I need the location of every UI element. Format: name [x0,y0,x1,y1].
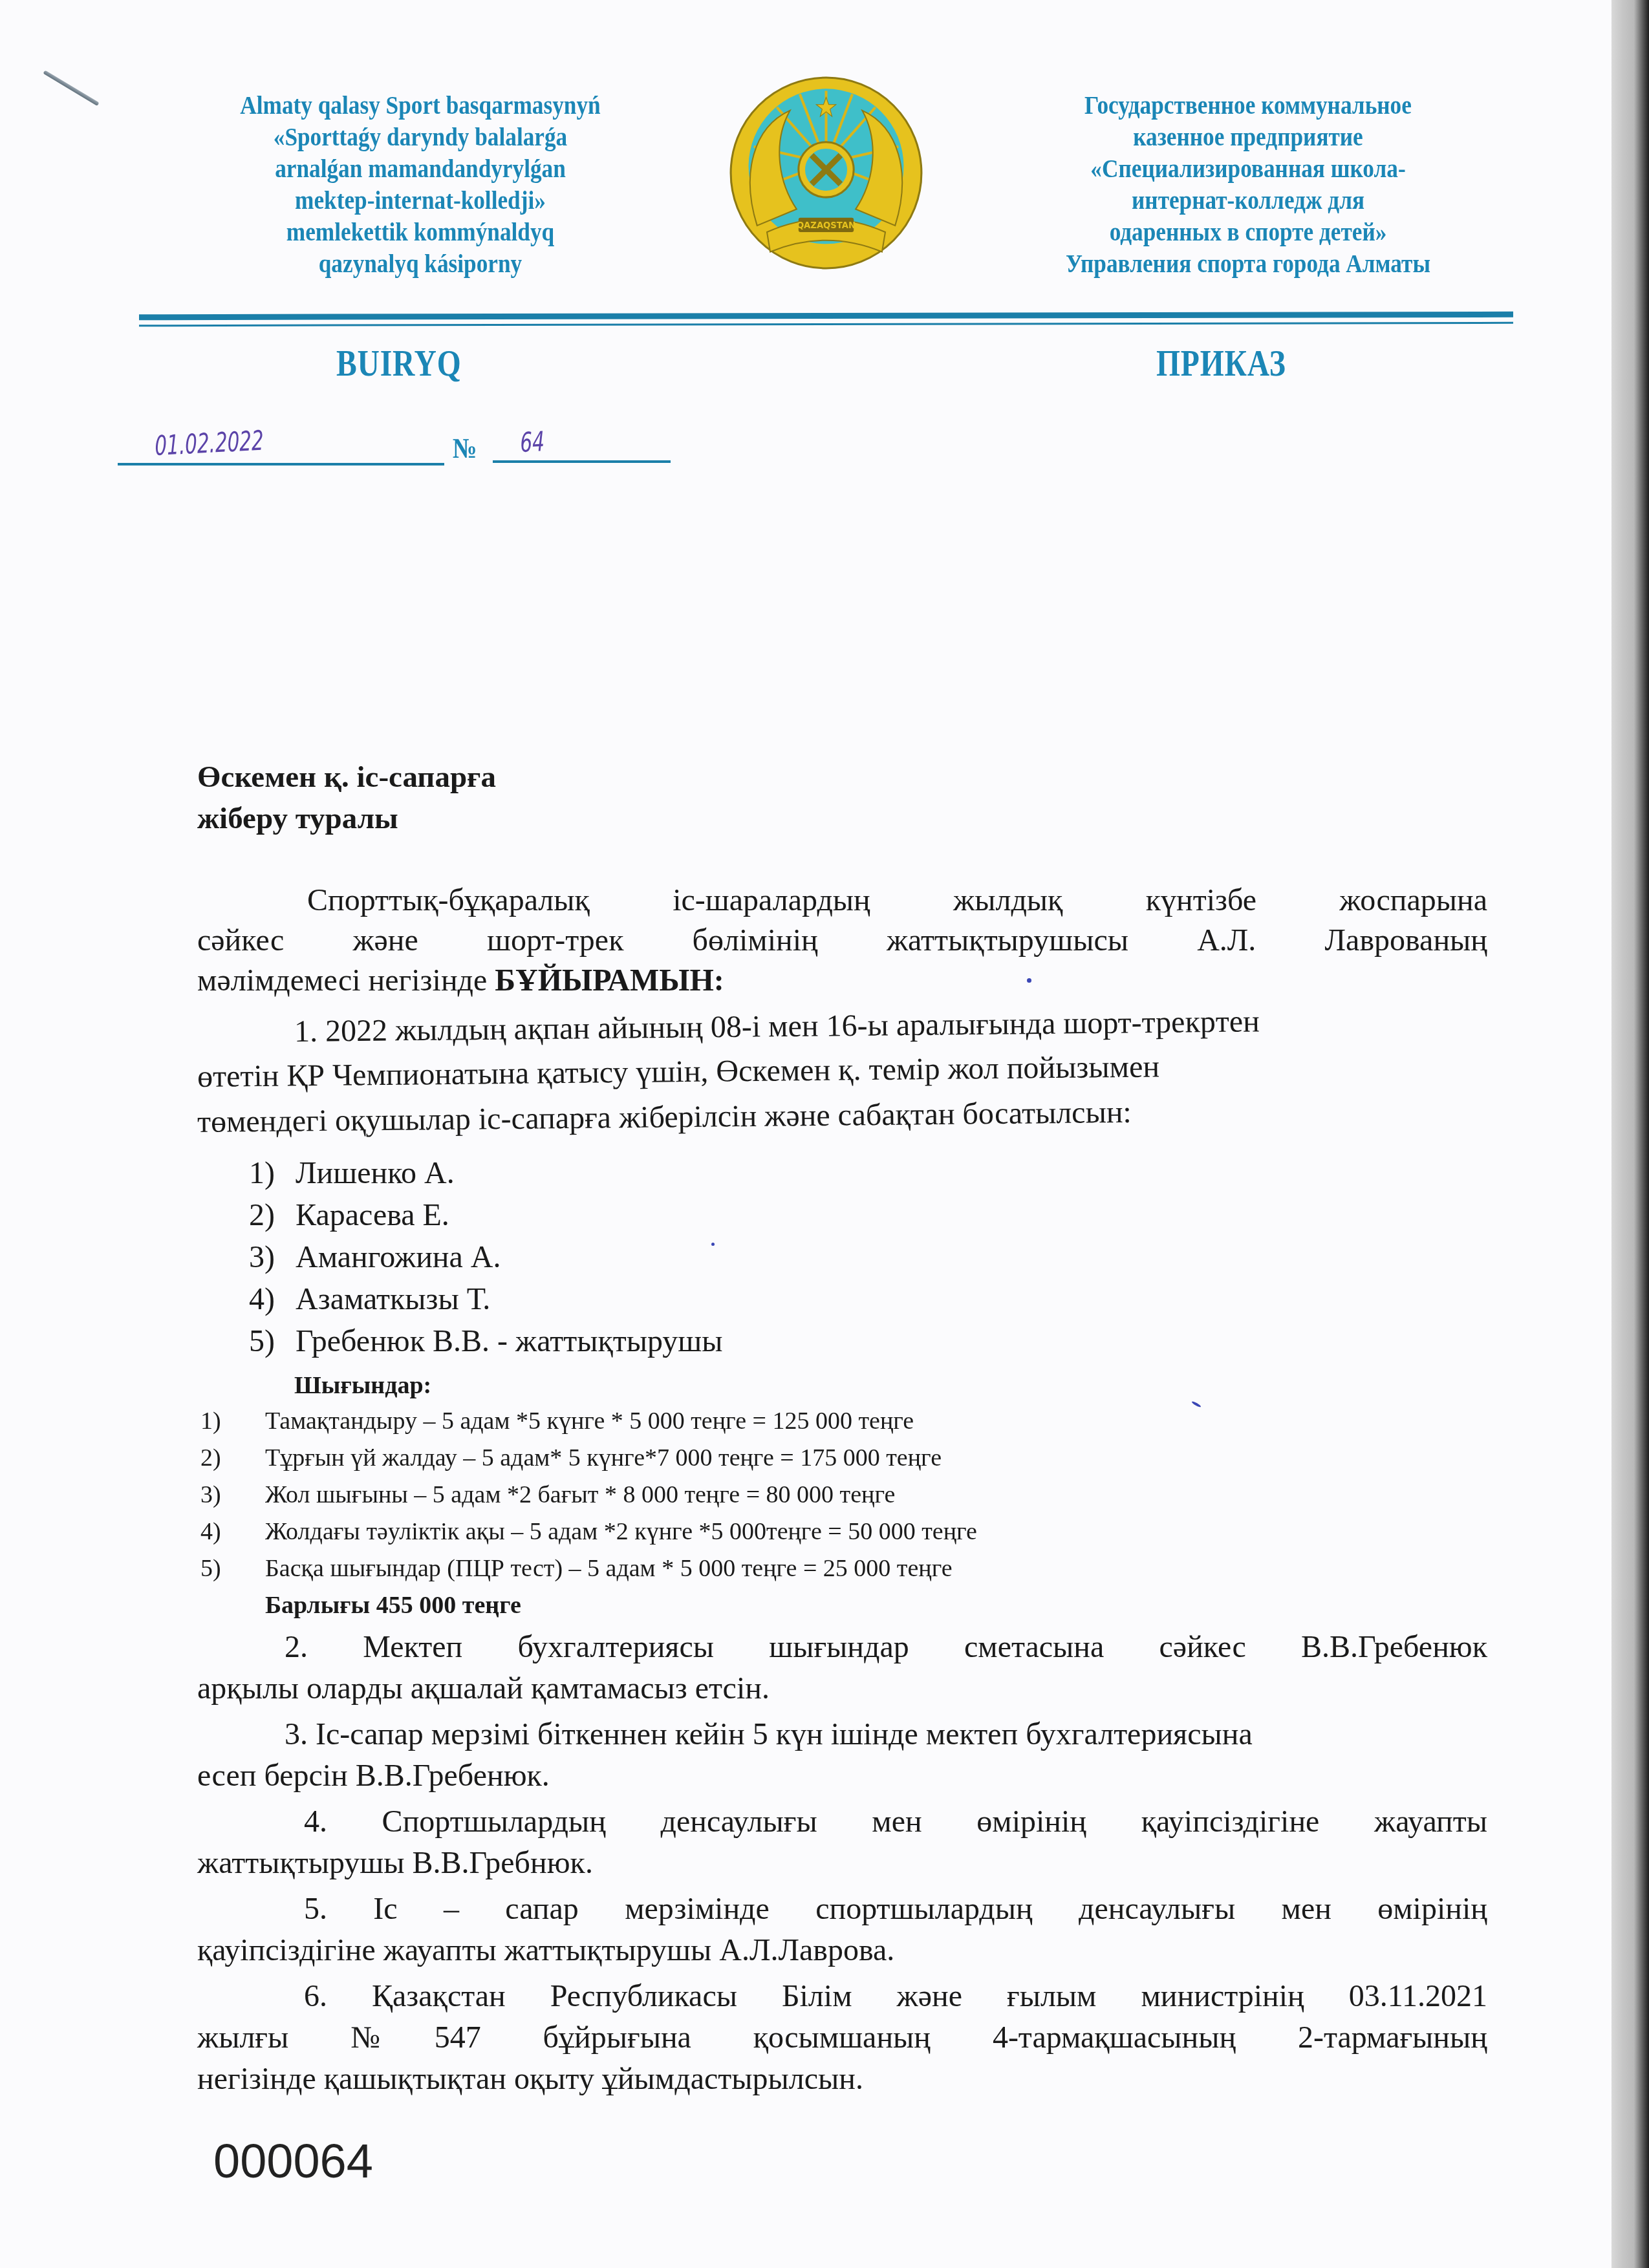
scan-edge-shadow [1611,0,1649,2268]
staple-mark [43,70,99,106]
item5-line: қауіпсіздігіне жауапты жаттықтырушы А.Л.… [197,1932,894,1969]
preamble-line: сәйкес және шорт-трек бөлімінің жаттықты… [197,923,1487,959]
participant-name: Карасева Е. [296,1198,449,1232]
header-right-line: интернат-колледж для [1004,184,1493,216]
item1-line: 1. 2022 жылдың ақпан айының 08-і мен 16-… [294,1003,1260,1050]
header-org-name-kazakh: Almaty qalasy Sport basqarmasynyń «Sport… [176,89,665,279]
expense-item: 2)Тұрғын үй жалдау – 5 адам* 5 күнге*7 0… [200,1440,942,1476]
header-left-line: Almaty qalasy Sport basqarmasynyń [176,89,665,121]
expense-text: Тамақтандыру – 5 адам *5 күнге * 5 000 т… [265,1407,914,1435]
number-sign: № [453,432,477,465]
expense-text: Тұрғын үй жалдау – 5 адам* 5 күнге*7 000… [265,1444,942,1471]
order-subject: Өскемен қ. іс-сапарға жіберу туралы [197,756,496,839]
subject-line: жіберу туралы [197,798,496,839]
item6-line: 6. Қазақстан Республикасы Білім және ғыл… [304,1978,1487,2015]
header-right-line: «Специализированная школа- [1004,153,1493,184]
doc-title-kazakh: BUIRYQ [336,341,462,385]
participant-item: 1)Лишенко А. [249,1155,455,1192]
item5-line: 5. Іс – сапар мерзімінде спортшылардың д… [304,1891,1487,1927]
svg-text:QAZAQSTAN: QAZAQSTAN [797,221,856,231]
participant-name: Азаматкызы Т. [296,1282,490,1316]
item3-line: 3. Іс-сапар мерзімі біткеннен кейін 5 кү… [285,1717,1253,1753]
expense-item: 1)Тамақтандыру – 5 адам *5 күнге * 5 000… [200,1403,914,1439]
ink-speck [1191,1400,1202,1407]
item3-line: есеп берсін В.В.Гребенюк. [197,1758,550,1794]
order-date: 01.02.2022 [155,425,264,462]
participant-item: 5)Гребенюк В.В. - жаттықтырушы [249,1323,723,1360]
item2-line: арқылы оларды ақшалай қамтамасыз етсін. [197,1671,770,1707]
header-right-line: одаренных в спорте детей» [1004,216,1493,248]
doc-title-russian: ПРИКАЗ [1156,341,1286,385]
header-right-line: Государственное коммунальное [1004,89,1493,121]
subject-line: Өскемен қ. іс-сапарға [197,756,496,798]
header-left-line: qazynalyq kásiporny [176,248,665,279]
item6-line: жылғы №547 бұйрығына қосымшаның 4-тармақ… [197,2020,1487,2056]
header-org-name-russian: Государственное коммунальное казенное пр… [1004,89,1493,279]
participant-item: 4)Азаматкызы Т. [249,1281,490,1318]
item4-line: жаттықтырушы В.В.Гребнюк. [197,1845,593,1881]
item6-line: негізінде қашықтықтан оқыту ұйымдастырыл… [197,2061,863,2097]
header-divider-thick [139,312,1513,320]
number-underline [493,460,671,463]
date-underline [118,463,444,465]
registration-number: 000064 [213,2134,373,2188]
participant-item: 3)Амангожина А. [249,1239,501,1276]
participant-name: Амангожина А. [296,1240,501,1274]
item2-line: 2. Мектеп бухгалтериясы шығындар сметасы… [285,1629,1487,1665]
preamble-text: мәлімдемесі негізінде [197,963,495,998]
participant-name: Гребенюк В.В. - жаттықтырушы [296,1324,723,1358]
participant-item: 2)Карасева Е. [249,1197,449,1234]
state-emblem-icon: QAZAQSTAN [727,74,925,272]
header-left-line: mektep-internat-kolledji» [176,184,665,216]
expense-text: Жол шығыны – 5 адам *2 бағыт * 8 000 тең… [265,1481,895,1508]
preamble-line: Спорттық-бұқаралық іс-шаралардың жылдық … [307,883,1487,919]
header-right-line: Управления спорта города Алматы [1004,248,1493,279]
expenses-heading: Шығындар: [294,1367,431,1404]
item1-line: өтетін ҚР Чемпионатына қатысу үшін, Өске… [197,1049,1160,1095]
expenses-total: Барлығы 455 000 теңге [265,1587,521,1623]
header-left-line: arnalǵan mamandandyrylǵan [176,153,665,184]
ink-speck [711,1243,715,1246]
expense-item: 3)Жол шығыны – 5 адам *2 бағыт * 8 000 т… [200,1477,895,1513]
expense-text: Жолдағы тәуліктік ақы – 5 адам *2 күнге … [265,1518,977,1545]
ink-speck [1027,978,1031,983]
header-left-line: memlekettik kommýnaldyq [176,216,665,248]
order-number: 64 [520,425,545,458]
header-left-line: «Sporttaǵy daryndy balalarǵa [176,121,665,153]
item1-line: төмендегі оқушылар іс-сапарға жіберілсін… [197,1095,1132,1140]
expense-text: Басқа шығындар (ПЦР тест) – 5 адам * 5 0… [265,1555,953,1582]
header-divider-thin [139,322,1513,326]
expense-item: 5)Басқа шығындар (ПЦР тест) – 5 адам * 5… [200,1550,953,1587]
order-verb: БҰЙЫРАМЫН: [495,963,724,998]
participant-name: Лишенко А. [296,1156,455,1190]
item4-line: 4. Спортшылардың денсаулығы мен өмірінің… [304,1804,1487,1840]
expense-item: 4)Жолдағы тәуліктік ақы – 5 адам *2 күнг… [200,1514,977,1550]
preamble-line: мәлімдемесі негізінде БҰЙЫРАМЫН: [197,963,724,999]
header-right-line: казенное предприятие [1004,121,1493,153]
